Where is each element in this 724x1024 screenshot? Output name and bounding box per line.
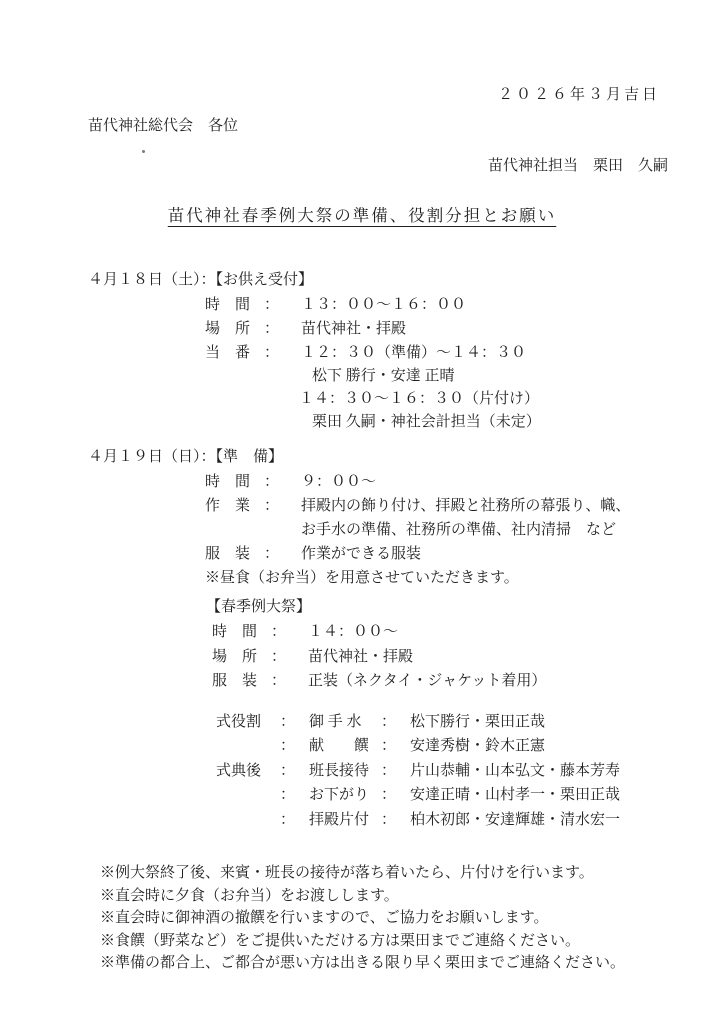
time-value: １４：００～	[308, 623, 398, 642]
note-line: ※食饌（野菜など）をご提供いただける方は栗田までご連絡ください。	[100, 932, 580, 951]
colon-separator: ：	[264, 545, 279, 564]
colon-separator: ：	[381, 762, 396, 781]
role-row-kensen: ： 献 饌 ： 安達秀樹・鈴木正憲	[216, 737, 545, 756]
addressee: 苗代神社総代会 各位	[88, 117, 238, 136]
section1-duty-row: 当 番 ： １２：３０（準備）～１４：３０	[205, 344, 526, 363]
dress-label: 服 装	[212, 672, 257, 691]
role-row-osagari: ： お下がり ： 安達正晴・山村孝一・栗田正哉	[216, 786, 620, 805]
colon-separator: ：	[381, 737, 396, 756]
role-row-hancho-settai: 式典後 ： 班長接待 ： 片山恭輔・山本弘文・藤本芳寿	[216, 762, 620, 781]
colon-separator: ：	[264, 497, 279, 516]
scan-artifact-dot	[142, 150, 145, 153]
dress-value: 作業ができる服装	[301, 545, 421, 564]
note-line: ※直会時に御神酒の撤饌を行いますので、ご協力をお願いします。	[100, 909, 549, 928]
colon-separator: ：	[264, 344, 279, 363]
section3-dress-row: 服 装 ： 正装（ネクタイ・ジャケット着用）	[212, 672, 546, 691]
colon-separator: ：	[271, 623, 286, 642]
role-names: 安達秀樹・鈴木正憲	[410, 737, 545, 756]
colon-separator: ：	[271, 648, 286, 667]
role-group: 式典後	[216, 762, 272, 781]
dress-label: 服 装	[205, 545, 250, 564]
lunch-note: ※昼食（お弁当）を用意させていただきます。	[205, 569, 519, 588]
colon-separator: ：	[381, 786, 396, 805]
role-names: 安達正晴・山村孝一・栗田正哉	[410, 786, 620, 805]
colon-separator: ：	[381, 713, 396, 732]
place-label: 場 所	[205, 320, 250, 339]
section3-time-row: 時 間 ： １４：００～	[212, 623, 398, 642]
time-label: 時 間	[212, 623, 257, 642]
role-duty: 拝殿片付	[309, 811, 375, 830]
section1-heading: ４月１８日（土）：【お供え受付】	[88, 271, 313, 290]
work-label: 作 業	[205, 497, 250, 516]
role-row-haiden-katazuke: ： 拝殿片付 ： 柏木初郎・安達輝雄・清水宏一	[216, 811, 620, 830]
role-duty: 班長接待	[309, 762, 375, 781]
duty-label: 当 番	[205, 344, 250, 363]
duty-shift2-time: １４：３０～１６：３０（片付け）	[299, 390, 539, 409]
role-duty: お下がり	[309, 786, 375, 805]
colon-separator: ：	[280, 786, 295, 805]
colon-separator: ：	[264, 296, 279, 315]
time-label: 時 間	[205, 296, 250, 315]
role-names: 柏木初郎・安達輝雄・清水宏一	[410, 811, 620, 830]
time-value: ９：００～	[301, 473, 376, 492]
role-names: 松下勝行・栗田正哉	[410, 713, 545, 732]
section2-dress-row: 服 装 ： 作業ができる服装	[205, 545, 421, 564]
duty-shift2-names: 栗田 久嗣・神社会計担当（未定）	[312, 413, 541, 432]
colon-separator: ：	[381, 811, 396, 830]
work-value-line2: お手水の準備、社務所の準備、社内清掃 など	[301, 521, 616, 540]
place-value: 苗代神社・拝殿	[301, 320, 406, 339]
document-page: ２０２６年３月吉日 苗代神社総代会 各位 苗代神社担当 栗田 久嗣 苗代神社春季…	[0, 0, 724, 1024]
work-value-line1: 拝殿内の飾り付け、拝殿と社務所の幕張り、幟、	[301, 497, 630, 516]
note-line: ※例大祭終了後、来賓・班長の接待が落ち着いたら、片付けを行います。	[100, 864, 594, 883]
colon-separator: ：	[264, 473, 279, 492]
section1-time-row: 時 間 ： １３：００～１６：００	[205, 296, 466, 315]
role-duty: 献 饌	[309, 737, 375, 756]
note-line: ※直会時に夕食（お弁当）をお渡しします。	[100, 887, 399, 906]
section2-time-row: 時 間 ： ９：００～	[205, 473, 376, 492]
duty-shift1-names: 松下 勝行・安達 正晴	[312, 367, 455, 386]
section2-work-row: 作 業 ： 拝殿内の飾り付け、拝殿と社務所の幕張り、幟、	[205, 497, 630, 516]
role-duty: 御 手 水	[309, 713, 375, 732]
colon-separator: ：	[280, 737, 295, 756]
section1-place-row: 場 所 ： 苗代神社・拝殿	[205, 320, 406, 339]
role-row-temizu: 式役割 ： 御 手 水 ： 松下勝行・栗田正哉	[216, 713, 545, 732]
colon-separator: ：	[264, 320, 279, 339]
duty-value: １２：３０（準備）～１４：３０	[301, 344, 526, 363]
time-value: １３：００～１６：００	[301, 296, 466, 315]
section2-heading: ４月１９日（日）：【準 備】	[88, 448, 283, 467]
colon-separator: ：	[280, 713, 295, 732]
section3-place-row: 場 所 ： 苗代神社・拝殿	[212, 648, 413, 667]
colon-separator: ：	[271, 672, 286, 691]
dress-value: 正装（ネクタイ・ジャケット着用）	[308, 672, 546, 691]
colon-separator: ：	[280, 811, 295, 830]
place-label: 場 所	[212, 648, 257, 667]
role-names: 片山恭輔・山本弘文・藤本芳寿	[410, 762, 620, 781]
sender: 苗代神社担当 栗田 久嗣	[488, 157, 668, 176]
issue-date: ２０２６年３月吉日	[498, 86, 660, 105]
colon-separator: ：	[280, 762, 295, 781]
time-label: 時 間	[205, 473, 250, 492]
section3-heading: 【春季例大祭】	[206, 598, 311, 617]
note-line: ※準備の都合上、ご都合が悪い方は出きる限り早く栗田までご連絡ください。	[100, 954, 625, 973]
place-value: 苗代神社・拝殿	[308, 648, 413, 667]
role-group: 式役割	[216, 713, 272, 732]
document-title: 苗代神社春季例大祭の準備、役割分担とお願い	[0, 206, 724, 227]
